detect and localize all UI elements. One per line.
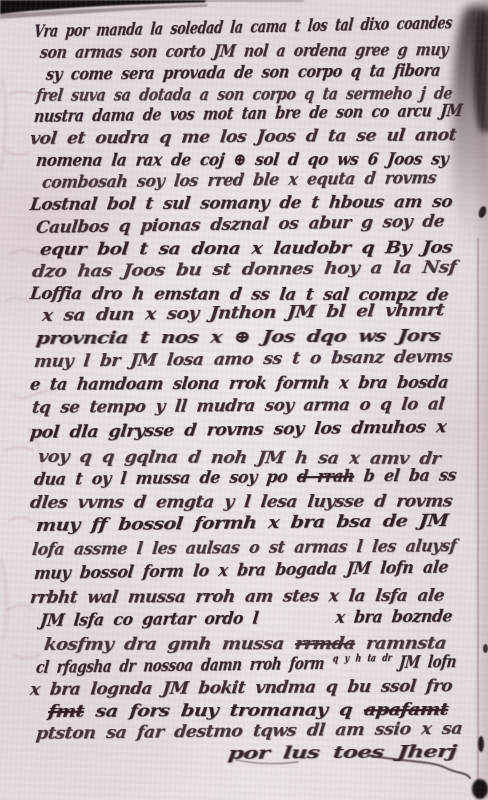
page-top-edge-shadow <box>0 0 488 26</box>
ink-blot <box>483 644 488 653</box>
manuscript-page: Vra por manda la soledad la cama t los t… <box>0 0 488 800</box>
ink-flourish <box>0 0 488 800</box>
page-crease-line <box>477 238 479 786</box>
ink-blot <box>472 779 488 799</box>
ink-blot <box>478 736 484 752</box>
